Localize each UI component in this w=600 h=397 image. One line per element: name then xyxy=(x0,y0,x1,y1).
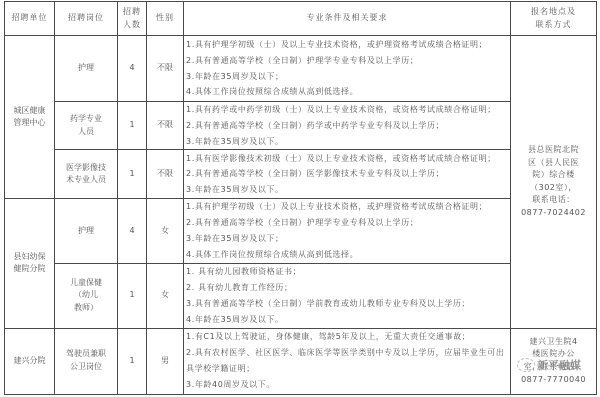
position-count: 4 xyxy=(118,199,147,263)
position-gender: 男 xyxy=(147,328,184,394)
position-count: 1 xyxy=(118,150,147,199)
table-row: 城区健康管理中心 护理 4 不限 1.具有护理学初级（士）及以上专业技术资格，或… xyxy=(5,36,597,102)
table-row: 县妇幼保健院分院 护理 4 女 1.具有护理学初级（士）及以上专业技术资格，或护… xyxy=(5,199,597,263)
position-count: 1 xyxy=(118,263,147,328)
position-count: 1 xyxy=(118,328,147,394)
contact-jianxing: 建兴卫生院4 楼医院办公 室，联系电话： 0877-7770040 xyxy=(511,328,597,394)
position-title: 药学专业人员 xyxy=(55,102,118,150)
recruitment-table: 招聘单位 招聘岗位 招聘人数 性别 专业条件及相关要求 报名地点及联系方式 城区… xyxy=(4,1,597,395)
position-requirements: 1. 具有幼儿园教师资格证书； 2. 具有幼儿教育工作经历； 3.具有普通高等学… xyxy=(184,263,511,328)
header-requirements: 专业条件及相关要求 xyxy=(184,2,511,36)
position-gender: 女 xyxy=(147,199,184,263)
table-row: 药学专业人员 1 不限 1.具有药学或中药学初级（士）及以上专业技术资格，或资格… xyxy=(5,102,597,150)
position-title: 护理 xyxy=(55,199,118,263)
position-requirements: 1.具有药学或中药学初级（士）及以上专业技术资格，或资格考试成绩合格证明； 2.… xyxy=(184,102,511,150)
position-gender: 不限 xyxy=(147,36,184,102)
unit-name: 建兴分院 xyxy=(5,328,55,394)
position-title: 儿童保健（幼儿教师） xyxy=(55,263,118,328)
contact-county-hospital: 县总医院北院 区（县人民医 院）综合楼 （302室）， 联系电话： 0877-7… xyxy=(511,36,597,329)
header-row: 招聘单位 招聘岗位 招聘人数 性别 专业条件及相关要求 报名地点及联系方式 xyxy=(5,2,597,36)
position-requirements: 1.具有护理学初级（士）及以上专业技术资格，或护理资格考试成绩合格证明； 2.具… xyxy=(184,36,511,102)
position-gender: 女 xyxy=(147,263,184,328)
position-gender: 不限 xyxy=(147,102,184,150)
position-count: 4 xyxy=(118,36,147,102)
unit-name: 县妇幼保健院分院 xyxy=(5,199,55,328)
position-title: 医学影像技术专业人员 xyxy=(55,150,118,199)
header-position: 招聘岗位 xyxy=(55,2,118,36)
position-gender: 不限 xyxy=(147,150,184,199)
table-row: 儿童保健（幼儿教师） 1 女 1. 具有幼儿园教师资格证书； 2. 具有幼儿教育… xyxy=(5,263,597,328)
table-row: 医学影像技术专业人员 1 不限 1.具有医学影像技术初级（士）及以上专业技术资格… xyxy=(5,150,597,199)
header-gender: 性别 xyxy=(147,2,184,36)
position-title: 护理 xyxy=(55,36,118,102)
table-row: 建兴分院 驾驶员兼职公卫岗位 1 男 1.有C1及以上驾驶证，身体健康，驾龄5年… xyxy=(5,328,597,394)
position-requirements: 1.有C1及以上驾驶证，身体健康，驾龄5年及以上，无重大责任交通事故； 2.具有… xyxy=(184,328,511,394)
header-count: 招聘人数 xyxy=(118,2,147,36)
position-requirements: 1.具有护理学初级（士）及以上专业技术资格，或护理资格考试成绩合格证明； 2.具… xyxy=(184,199,511,263)
unit-name: 城区健康管理中心 xyxy=(5,36,55,199)
position-title: 驾驶员兼职公卫岗位 xyxy=(55,328,118,394)
header-unit: 招聘单位 xyxy=(5,2,55,36)
position-count: 1 xyxy=(118,102,147,150)
position-requirements: 1.具有医学影像技术初级（士）及以上专业技术资格，或资格考试成绩合格证明； 2.… xyxy=(184,150,511,199)
header-contact: 报名地点及联系方式 xyxy=(511,2,597,36)
